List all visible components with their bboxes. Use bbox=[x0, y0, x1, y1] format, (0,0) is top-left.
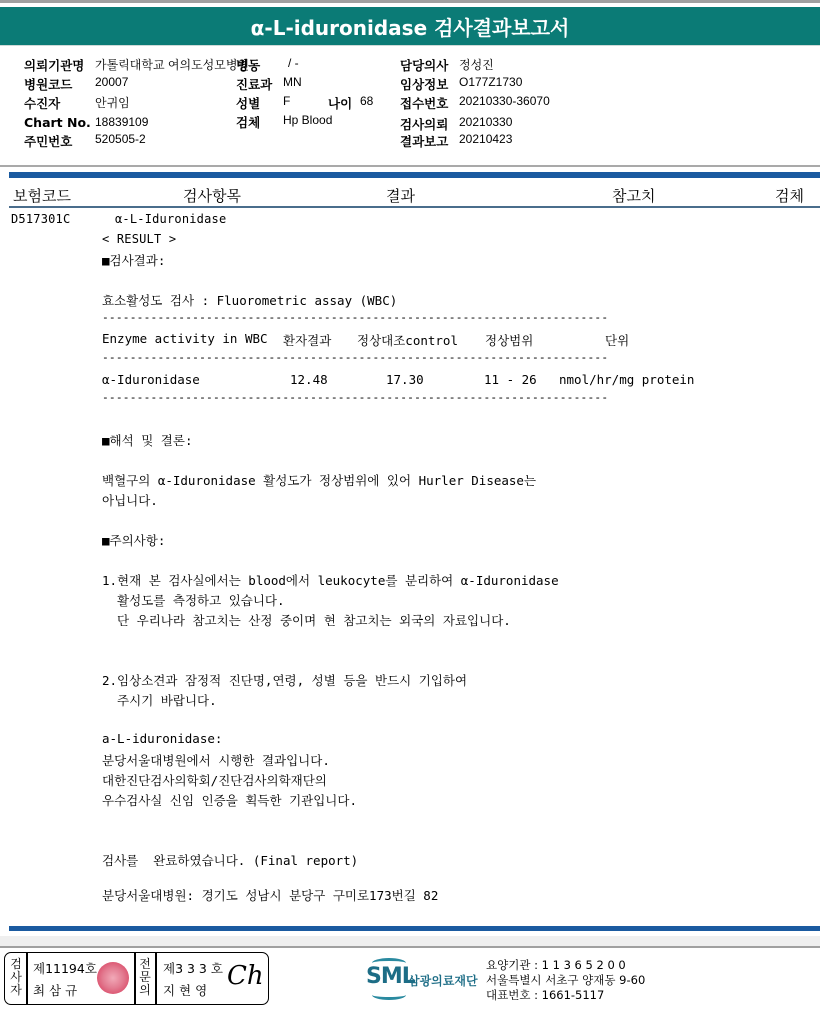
insurance-code: D517301C bbox=[11, 212, 70, 226]
enzyme-header-patient: 환자결과 bbox=[283, 331, 331, 349]
header-insurance-code: 보험코드 bbox=[13, 185, 71, 206]
header-test-item: 검사항목 bbox=[183, 185, 241, 206]
label-report-date: 결과보고 bbox=[400, 132, 448, 150]
value-clinical-info: O177Z1730 bbox=[459, 75, 522, 89]
value-request-date: 20210330 bbox=[459, 115, 512, 129]
specialist-name: 지 현 영 bbox=[163, 981, 207, 999]
footer-band bbox=[0, 936, 820, 948]
note2-line-1: 2.임상소견과 잠정적 진단명,연령, 성별 등을 반드시 기입하여 bbox=[102, 671, 467, 689]
lab-line-2: 분당서울대병원에서 시행한 결과입니다. bbox=[102, 751, 330, 769]
value-patient-name: 안귀임 bbox=[95, 94, 130, 111]
examiner-label: 검사자 bbox=[7, 958, 25, 997]
label-hospital-code: 병원코드 bbox=[24, 75, 72, 93]
test-item: α-L-Iduronidase bbox=[115, 212, 226, 226]
divider bbox=[26, 953, 28, 1004]
value-report-date: 20210423 bbox=[459, 132, 512, 146]
divider-dashes: ----------------------------------------… bbox=[102, 351, 608, 364]
label-patient-name: 수진자 bbox=[24, 94, 60, 112]
divider-blue-bottom bbox=[9, 926, 820, 931]
examiner-name: 최 삼 규 bbox=[33, 981, 77, 999]
value-receipt-no: 20210330-36070 bbox=[459, 94, 550, 108]
enzyme-name: α-Iduronidase bbox=[102, 372, 200, 387]
org-phone: 대표번호 : 1661-5117 bbox=[486, 988, 645, 1003]
value-age: 68 bbox=[360, 94, 373, 108]
logo-arc-icon bbox=[372, 990, 406, 1000]
unit: nmol/hr/mg protein bbox=[559, 372, 694, 387]
section-result-heading: ■검사결과: bbox=[102, 251, 165, 269]
note1-line-3: 단 우리나라 참고치는 산정 중이며 현 참고치는 외국의 자료입니다. bbox=[102, 611, 511, 629]
label-physician: 담당의사 bbox=[400, 56, 448, 74]
lab-address-line: 분당서울대병원: 경기도 성남시 분당구 구미로173번길 82 bbox=[102, 886, 438, 904]
header-reference: 참고치 bbox=[612, 185, 655, 206]
label-clinical-info: 임상정보 bbox=[400, 75, 448, 93]
enzyme-header-name: Enzyme activity in WBC bbox=[102, 331, 268, 346]
normal-range: 11 - 26 bbox=[484, 372, 537, 387]
value-resident-no: 520505-2 bbox=[95, 132, 146, 146]
value-physician: 정성진 bbox=[459, 56, 494, 73]
assay-title: 효소활성도 검사 : Fluorometric assay (WBC) bbox=[102, 291, 397, 309]
enzyme-header-range: 정상범위 bbox=[485, 331, 533, 349]
control-result: 17.30 bbox=[386, 372, 424, 387]
divider bbox=[155, 953, 157, 1004]
result-tag: < RESULT > bbox=[102, 232, 176, 246]
signature-box: 검사자 제11194호 최 삼 규 전문의 제3 3 3 호 지 현 영 Ch bbox=[4, 952, 269, 1005]
label-resident-no: 주민번호 bbox=[24, 132, 72, 150]
value-ward: / - bbox=[288, 56, 299, 70]
label-requesting-org: 의뢰기관명 bbox=[24, 56, 84, 74]
interpretation-heading: ■해석 및 결론: bbox=[102, 431, 192, 449]
header-result: 결과 bbox=[386, 185, 415, 206]
enzyme-header-control: 정상대조control bbox=[357, 331, 458, 349]
value-hospital-code: 20007 bbox=[95, 75, 128, 89]
interpretation-line-1: 백혈구의 α-Iduronidase 활성도가 정상범위에 있어 Hurler … bbox=[102, 471, 536, 489]
signature-icon: Ch bbox=[227, 961, 264, 991]
interpretation-line-2: 아닙니다. bbox=[102, 491, 158, 509]
organization-name: 삼광의료재단 bbox=[408, 972, 478, 989]
divider-blue bbox=[9, 172, 820, 178]
notes-heading: ■주의사항: bbox=[102, 531, 165, 549]
note1-line-1: 1.현재 본 검사실에서는 blood에서 leukocyte를 분리하여 α-… bbox=[102, 571, 559, 589]
value-chart-no: 18839109 bbox=[95, 115, 148, 129]
divider-dashes: ----------------------------------------… bbox=[102, 311, 608, 324]
label-department: 진료과 bbox=[236, 75, 272, 93]
divider-grey bbox=[0, 165, 820, 167]
org-license: 요양기관 : 1 1 3 6 5 2 0 0 bbox=[486, 958, 645, 973]
enzyme-header-unit: 단위 bbox=[605, 331, 629, 349]
header-underline bbox=[9, 206, 820, 208]
label-ward: 병동 bbox=[236, 56, 260, 74]
examiner-license: 제11194호 bbox=[33, 959, 97, 977]
note2-line-2: 주시기 바랍니다. bbox=[102, 691, 217, 709]
value-sex: F bbox=[283, 94, 290, 108]
report-title: α-L-iduronidase 검사결과보고서 bbox=[0, 7, 820, 46]
label-request-date: 검사의뢰 bbox=[400, 115, 448, 133]
seal-stamp-icon bbox=[97, 962, 129, 994]
lab-line-4: 우수검사실 신임 인증을 획득한 기관입니다. bbox=[102, 791, 357, 809]
lab-line-3: 대한진단검사의학회/진단검사의학재단의 bbox=[102, 771, 327, 789]
org-address: 서울특별시 서초구 양재동 9-60 bbox=[486, 973, 645, 988]
value-department: MN bbox=[283, 75, 302, 89]
value-specimen: Hp Blood bbox=[283, 113, 332, 127]
label-sex: 성별 bbox=[236, 94, 260, 112]
label-chart-no: Chart No. bbox=[24, 115, 91, 130]
top-edge bbox=[0, 0, 820, 3]
specialist-license: 제3 3 3 호 bbox=[163, 959, 223, 977]
organization-info: 요양기관 : 1 1 3 6 5 2 0 0 서울특별시 서초구 양재동 9-6… bbox=[486, 958, 645, 1003]
value-requesting-org: 가톨릭대학교 여의도성모병원 bbox=[95, 56, 249, 73]
divider-dashes: ----------------------------------------… bbox=[102, 391, 608, 404]
label-specimen: 검체 bbox=[236, 113, 260, 131]
final-report-line: 검사를 완료하였습니다. (Final report) bbox=[102, 851, 358, 869]
header-specimen: 검체 bbox=[775, 185, 804, 206]
specialist-label: 전문의 bbox=[136, 958, 154, 997]
lab-line-1: a-L-iduronidase: bbox=[102, 731, 222, 746]
label-age: 나이 bbox=[328, 94, 352, 112]
patient-result: 12.48 bbox=[290, 372, 328, 387]
note1-line-2: 활성도를 측정하고 있습니다. bbox=[102, 591, 285, 609]
label-receipt-no: 접수번호 bbox=[400, 94, 448, 112]
